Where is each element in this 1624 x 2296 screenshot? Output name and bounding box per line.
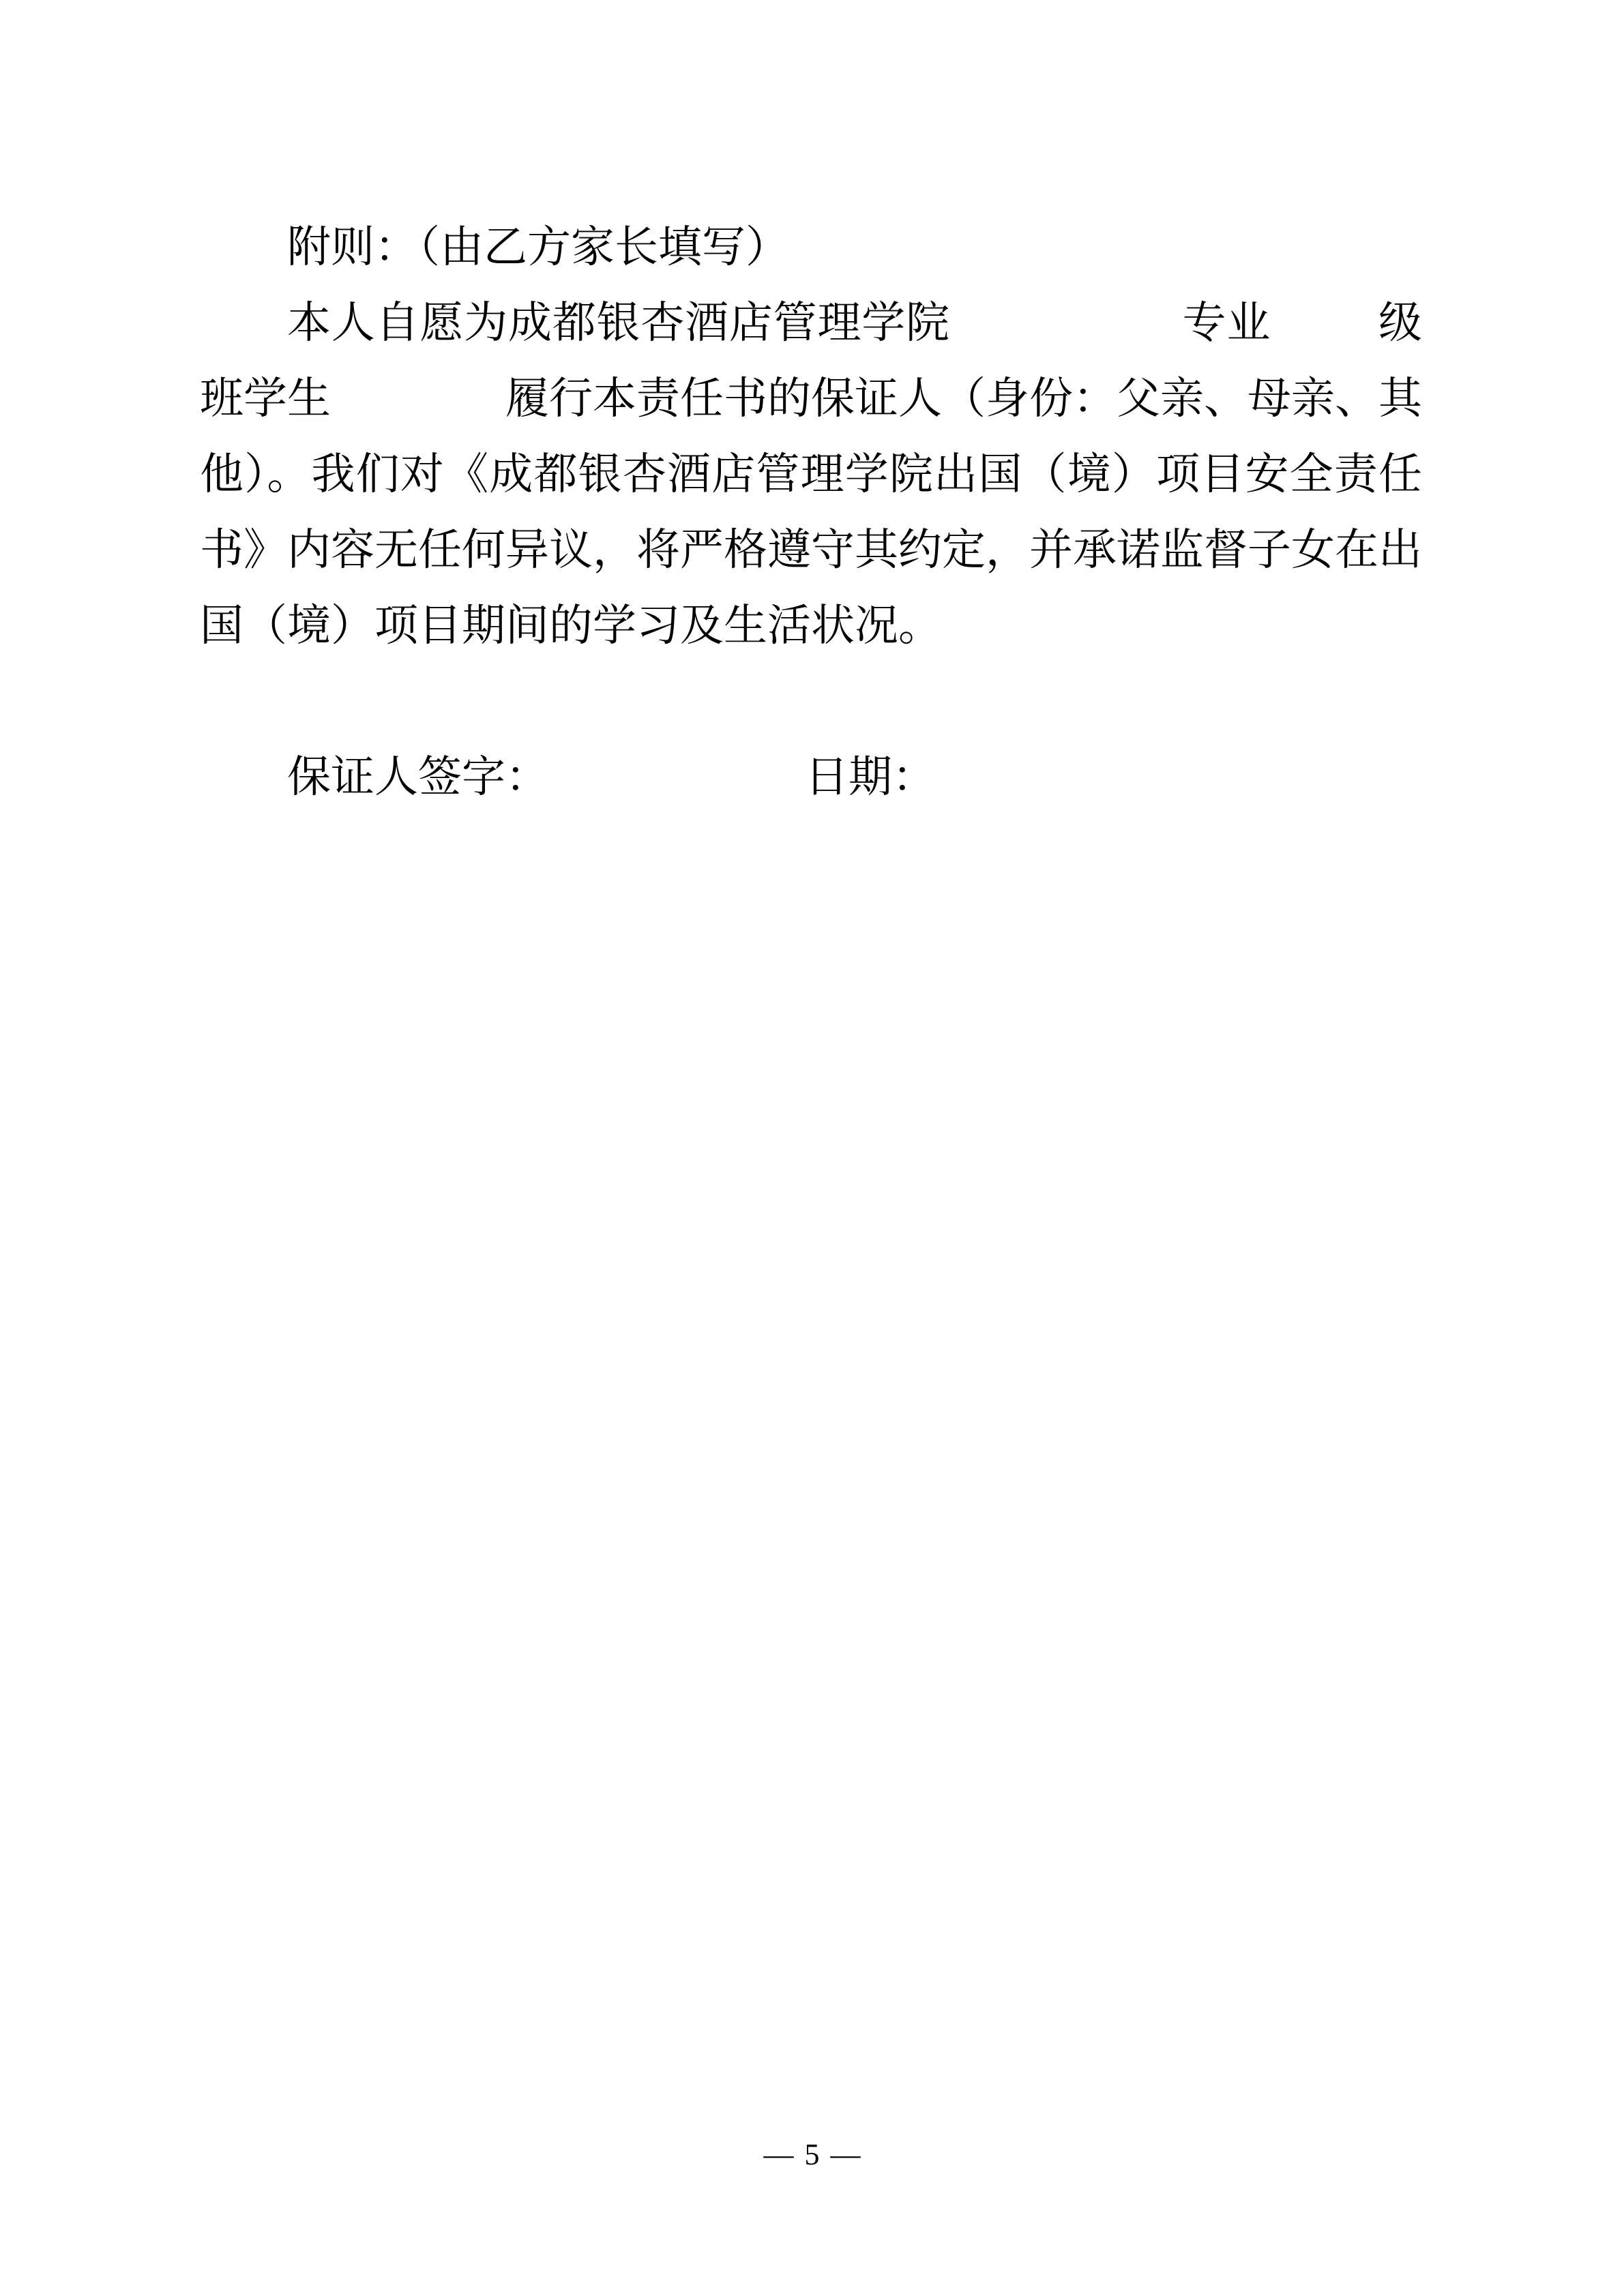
blank-signature — [549, 791, 805, 792]
signature-row: 保证人签字：日期： — [200, 739, 1422, 815]
paragraph-line-5: 书》内容无任何异议，将严格遵守其约定，并承诺监督子女在出 — [200, 512, 1422, 588]
document-page: 附则：（由乙方家长填写） 本人自愿为成都银杏酒店管理学院专业级 班学生履行本责任… — [0, 0, 1624, 2296]
document-body: 附则：（由乙方家长填写） 本人自愿为成都银杏酒店管理学院专业级 班学生履行本责任… — [200, 209, 1422, 815]
guarantor-role-text: 履行本责任书的保证人（身份：父亲、母亲、其 — [505, 374, 1422, 423]
agreement-text-2: 书》内容无任何异议，将严格遵守其约定，并承诺监督子女在出 — [200, 526, 1422, 574]
appendix-heading-text: 附则：（由乙方家长填写） — [287, 223, 789, 271]
guarantee-intro-text: 本人自愿为成都银杏酒店管理学院 — [287, 299, 950, 347]
page-number-decor-right: — — [831, 2138, 861, 2171]
agreement-text-1: 他）。我们对《成都银杏酒店管理学院出国（境）项目安全责任 — [200, 450, 1422, 498]
blank-major — [950, 337, 1182, 338]
major-label: 专业 — [1182, 299, 1271, 347]
page-number: 5 — [805, 2138, 820, 2171]
paragraph-line-3: 班学生履行本责任书的保证人（身份：父亲、母亲、其 — [200, 361, 1422, 436]
paragraph-line-6: 国（境）项目期间的学习及生活状况。 — [200, 588, 1422, 664]
blank-row — [200, 664, 1422, 739]
blank-grade — [1271, 337, 1378, 338]
paragraph-line-4: 他）。我们对《成都银杏酒店管理学院出国（境）项目安全责任 — [200, 436, 1422, 512]
appendix-heading: 附则：（由乙方家长填写） — [200, 209, 1422, 285]
agreement-text-3: 国（境）项目期间的学习及生活状况。 — [200, 601, 942, 650]
paragraph-line-2: 本人自愿为成都银杏酒店管理学院专业级 — [200, 285, 1422, 361]
page-footer: —5— — [0, 2137, 1624, 2173]
date-label: 日期： — [805, 753, 936, 801]
class-student-label: 班学生 — [200, 374, 331, 423]
guarantor-signature-label: 保证人签字： — [287, 753, 549, 801]
page-number-decor-left: — — [764, 2138, 794, 2171]
blank-student-name — [331, 413, 505, 413]
grade-label: 级 — [1378, 299, 1422, 347]
